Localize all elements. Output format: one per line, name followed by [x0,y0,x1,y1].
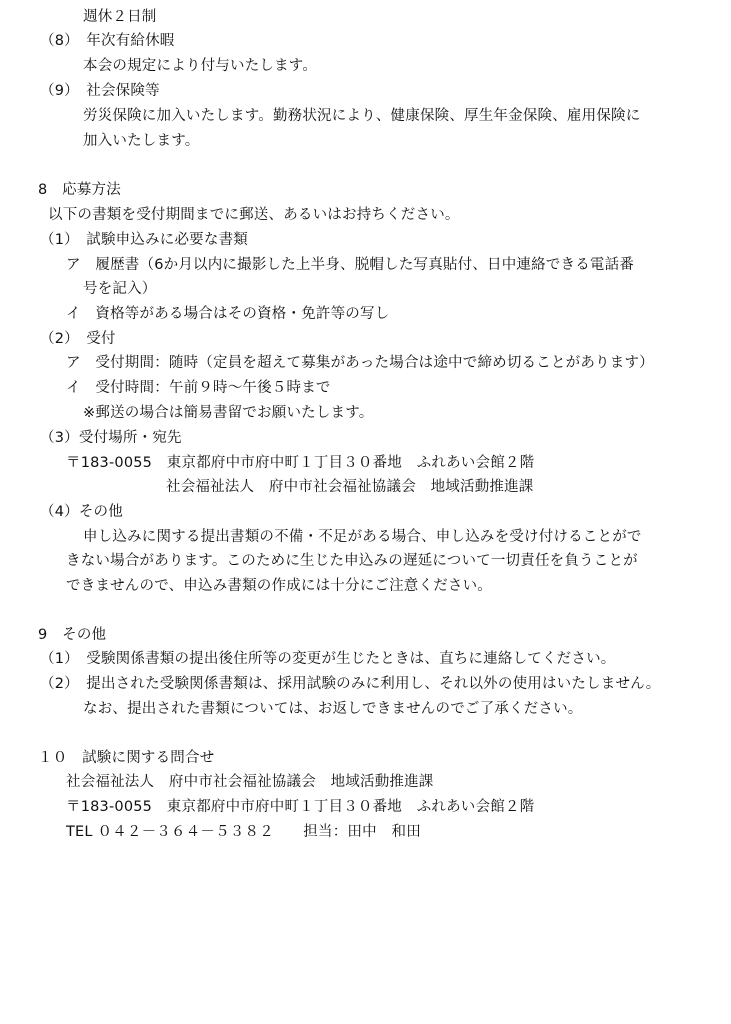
text-line: （2） 提出された受験関係書類は、採用試験のみに利用し、それ以外の使用はいたしま… [40,675,660,693]
text-line: （8） 年次有給休暇 [40,32,174,50]
text-line: 社会福祉法人 府中市社会福祉協議会 地域活動推進課 [66,773,434,791]
text-line: １０ 試験に関する問合せ [38,749,214,767]
text-line: 9 その他 [38,626,106,644]
text-line: イ 受付時間：午前９時～午後５時まで [66,379,331,397]
text-line: 申し込みに関する提出書類の不備・不足がある場合、申し込みを受け付けることがで [83,528,642,546]
text-line: 本会の規定により付与いたします。 [83,57,317,75]
text-line: ※郵送の場合は簡易書留でお願いたします。 [83,404,374,422]
text-line: 〒183-0055 東京都府中市府中町１丁目３０番地 ふれあい会館２階 [66,454,534,472]
text-line: 週休２日制 [83,8,157,26]
text-line: 〒183-0055 東京都府中市府中町１丁目３０番地 ふれあい会館２階 [66,798,534,816]
text-line: 8 応募方法 [38,181,121,199]
text-line: （3）受付場所・宛先 [40,429,182,447]
text-line: 号を記入） [83,280,157,298]
text-line: ア 受付期間：随時（定員を超えて募集があった場合は途中で締め切ることがあります） [66,354,654,372]
text-line: できませんので、申込み書類の作成には十分にご注意ください。 [66,577,492,595]
text-line: ア 履歴書（6か月以内に撮影した上半身、脱帽した写真貼付、日中連絡できる電話番 [66,256,634,274]
text-line: （9） 社会保険等 [40,82,160,100]
text-line: きない場合があります。このために生じた申込みの遅延について一切責任を負うことが [66,552,638,570]
text-line: 以下の書類を受付期間までに郵送、あるいはお持ちください。 [48,206,460,224]
text-line: 加入いたします。 [83,132,199,150]
text-line: （1） 試験申込みに必要な書類 [40,231,248,249]
text-line: （4）その他 [40,503,123,521]
text-line: イ 資格等がある場合はその資格・免許等の写し [66,305,389,323]
text-line: 社会福祉法人 府中市社会福祉協議会 地域活動推進課 [166,478,534,496]
text-line: （2） 受付 [40,330,116,348]
text-line: TEL ０４２－３６４－５３８２ 担当：田中 和田 [66,823,421,841]
text-line: なお、提出された書類については、お返しできませんのでご了承ください。 [83,700,583,718]
text-line: （1） 受験関係書類の提出後住所等の変更が生じたときは、直ちに連絡してください。 [40,650,615,668]
text-line: 労災保険に加入いたします。勤務状況により、健康保険、厚生年金保険、雇用保険に [83,107,640,125]
